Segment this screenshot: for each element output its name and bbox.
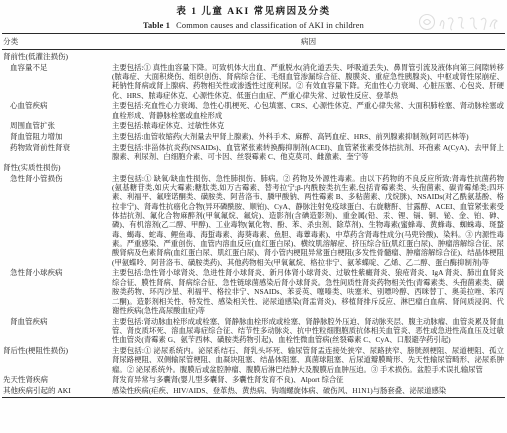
row-cause: 主要包括:脓毒症休克、过敏性休克 [112,121,505,130]
row-cause [112,163,505,172]
column-header-cause: 病因 [112,37,505,46]
table-row: 周围血管扩张主要包括:脓毒症休克、过敏性休克 [2,121,505,130]
table-number-label: Table 1 [143,21,170,30]
row-cause [112,52,505,61]
table-title-en-text: Common causes and classification of AKI … [176,21,364,30]
section-row: 肾前性(低灌注损伤) [2,52,505,61]
table-row: 肾血管疾病主要包括:肾动脉血栓形成或栓塞、肾静脉血栓形成或栓塞、肾静脉腔外压迫、… [2,317,505,345]
row-category: 心血管疾病 [2,101,112,120]
row-cause: 主要包括:① 泌尿系统内。泌尿系结石、肾乳头坏死、输尿管肾盂连接处狭窄、尿路狭窄… [112,346,505,374]
row-cause: 感染性疾病(疟疾、HIV/AIDS、登革热、黄热病、钩端螺旋体病、破伤风、H1N… [112,386,505,395]
row-category: 急性肾小球疾病 [2,268,112,315]
row-cause: 主要包括:非甾体抗炎药(NSAIDs)、血管紧张素转换酶抑制剂(ACEI)、血管… [112,143,505,162]
row-cause: 主要包括:血管收缩药(大剂量去甲肾上腺素)、外科手术、麻醉、高钙血症、HRS、前… [112,132,505,141]
row-cause: 肾发育异常与多囊肾(婴儿型多囊肾、多囊性肾发育不良)、Alport 综合征 [112,375,505,384]
row-category: 急性肾小管损伤 [2,174,112,267]
table-header-row: 分类 病因 [2,34,505,50]
row-cause: 主要包括:急性肾小球肾炎、急进性肾小球肾炎、新月体肾小球肾炎、过敏性紫癜肾炎、狼… [112,268,505,315]
row-cause: 主要包括:① 真性血容量下降。可致机体大出血、严重脱水(消化道丢失、呼吸道丢失)… [112,63,505,100]
row-category: 肾前性(低灌注损伤) [2,52,112,61]
table-row: 其他疾病引起的 AKI感染性疾病(疟疾、HIV/AIDS、登革热、黄热病、钩端螺… [2,386,505,395]
row-category: 肾性(实质性损伤) [2,163,112,172]
table-row: 药物致肾前性肾衰主要包括:非甾体抗炎药(NSAIDs)、血管紧张素转换酶抑制剂(… [2,143,505,162]
table-row: 心血管疾病主要包括:充血性心力衰竭、急性心肌梗死、心包填塞、CRS、心源性休克、… [2,101,505,120]
table-row: 肾后性(梗阻性损伤)主要包括:① 泌尿系统内。泌尿系结石、肾乳头坏死、输尿管肾盂… [2,346,505,374]
row-category: 肾血管疾病 [2,317,112,345]
row-category: 药物致肾前性肾衰 [2,143,112,162]
table-row: 急性肾小管损伤主要包括:① 缺氧/缺血性损伤、急性肺损伤、肺病。② 药物及外源性… [2,174,505,267]
table-body: 肾前性(低灌注损伤)血容量不足主要包括:① 真性血容量下降。可致机体大出血、严重… [2,50,505,398]
row-category: 肾血管阻力增加 [2,132,112,141]
row-category: 周围血管扩张 [2,121,112,130]
aki-table: 分类 病因 肾前性(低灌注损伤)血容量不足主要包括:① 真性血容量下降。可致机体… [2,33,505,398]
table-row: 肾血管阻力增加主要包括:血管收缩药(大剂量去甲肾上腺素)、外科手术、麻醉、高钙血… [2,132,505,141]
row-category: 肾后性(梗阻性损伤) [2,346,112,374]
row-cause: 主要包括:肾动脉血栓形成或栓塞、肾静脉血栓形成或栓塞、肾静脉腔外压迫、肾动脉夹层… [112,317,505,345]
table-row: 急性肾小球疾病主要包括:急性肾小球肾炎、急进性肾小球肾炎、新月体肾小球肾炎、过敏… [2,268,505,315]
row-category: 先天性肾疾病 [2,375,112,384]
row-category: 血容量不足 [2,63,112,100]
table-row: 血容量不足主要包括:① 真性血容量下降。可致机体大出血、严重脱水(消化道丢失、呼… [2,63,505,100]
row-category: 其他疾病引起的 AKI [2,386,112,395]
row-cause: 主要包括:① 缺氧/缺血性损伤、急性肺损伤、肺病。② 药物及外源性毒素。由以下药… [112,174,505,267]
section-row: 肾性(实质性损伤) [2,163,505,172]
table-row: 先天性肾疾病肾发育异常与多囊肾(婴儿型多囊肾、多囊性肾发育不良)、Alport … [2,375,505,384]
column-header-classification: 分类 [2,37,112,46]
row-cause: 主要包括:充血性心力衰竭、急性心肌梗死、心包填塞、CRS、心源性休克、严重心律失… [112,101,505,120]
paper-page: 表 1 儿童 AKI 常见病因及分类 Table 1Common causes … [0,0,507,433]
